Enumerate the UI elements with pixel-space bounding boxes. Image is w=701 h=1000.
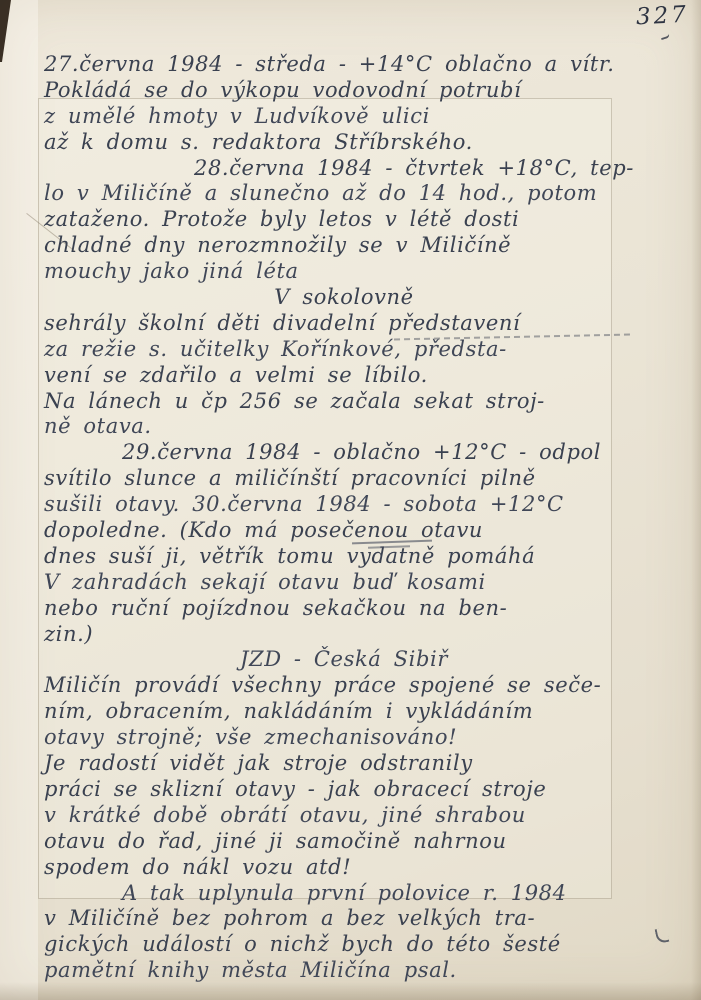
handwritten-line: otavy strojně; vše zmechanisováno!: [44, 725, 644, 751]
handwritten-line: JZD - Česká Sibiř: [44, 647, 644, 673]
handwritten-line: pamětní knihy města Miličína psal.: [44, 958, 644, 984]
handwritten-line: Miličín provádí všechny práce spojené se…: [44, 673, 644, 699]
handwritten-line: zin.): [44, 622, 644, 648]
handwritten-line: A tak uplynula první polovice r. 1984: [44, 881, 644, 907]
handwritten-line: V zahradách sekají otavu buď kosami: [44, 570, 644, 596]
handwritten-line: vení se zdařilo a velmi se líbilo.: [44, 363, 644, 389]
handwritten-line: sušili otavy. 30.června 1984 - sobota +1…: [44, 492, 644, 518]
handwritten-line: svítilo slunce a miličínští pracovníci p…: [44, 466, 644, 492]
handwritten-line: Pokládá se do výkopu vodovodní potrubí: [44, 78, 644, 104]
handwritten-line: ně otava.: [44, 414, 644, 440]
page-number-tick: [659, 29, 670, 40]
handwritten-line: z umělé hmoty v Ludvíkově ulici: [44, 104, 644, 130]
handwritten-line: v Miličíně bez pohrom a bez velkých tra-: [44, 906, 644, 932]
handwritten-line: spodem do nákl vozu atd!: [44, 855, 644, 881]
handwritten-line: až k domu s. redaktora Stříbrského.: [44, 130, 644, 156]
handwritten-line: za režie s. učitelky Kořínkové, předsta-: [44, 337, 644, 363]
handwritten-line: 28.června 1984 - čtvrtek +18°C, tep-: [44, 156, 644, 182]
handwritten-line: zataženo. Protože byly letos v létě dost…: [44, 207, 644, 233]
handwritten-line: nebo ruční pojízdnou sekačkou na ben-: [44, 596, 644, 622]
handwritten-text: 27.června 1984 - středa - +14°C oblačno …: [44, 52, 644, 984]
handwritten-line: 27.června 1984 - středa - +14°C oblačno …: [44, 52, 644, 78]
handwritten-line: otavu do řad, jiné ji samočině nahrnou: [44, 829, 644, 855]
handwritten-line: 29.června 1984 - oblačno +12°C - odpol: [44, 440, 644, 466]
chronicle-page: 327 27.června 1984 - středa - +14°C obla…: [0, 0, 701, 1000]
handwritten-line: v krátké době obrátí otavu, jiné shrabou: [44, 803, 644, 829]
page-right-shadow: [691, 0, 701, 1000]
handwritten-line: lo v Miličíně a slunečno až do 14 hod., …: [44, 181, 644, 207]
handwritten-line: dopoledne. (Kdo má posečenou otavu: [44, 518, 644, 544]
handwritten-line: Na lánech u čp 256 se začala sekat stroj…: [44, 389, 644, 415]
handwritten-line: V sokolovně: [44, 285, 644, 311]
handwritten-line: mouchy jako jiná léta: [44, 259, 644, 285]
handwritten-line: chladné dny nerozmnožily se v Miličíně: [44, 233, 644, 259]
handwritten-line: gických událostí o nichž bych do této še…: [44, 932, 644, 958]
handwritten-line: dnes suší ji, větřík tomu vydatně pomáhá: [44, 544, 644, 570]
handwritten-line: ním, obracením, nakládáním i vykládáním: [44, 699, 644, 725]
handwritten-line: práci se sklizní otavy - jak obracecí st…: [44, 777, 644, 803]
handwritten-line: Je radostí vidět jak stroje odstranily: [44, 751, 644, 777]
page-left-margin: [0, 0, 38, 1000]
page-number: 327: [635, 2, 689, 31]
page-bottom-shadow: [0, 982, 701, 1000]
stray-ink-mark: [655, 927, 670, 944]
handwritten-line: sehrály školní děti divadelní představen…: [44, 311, 644, 337]
